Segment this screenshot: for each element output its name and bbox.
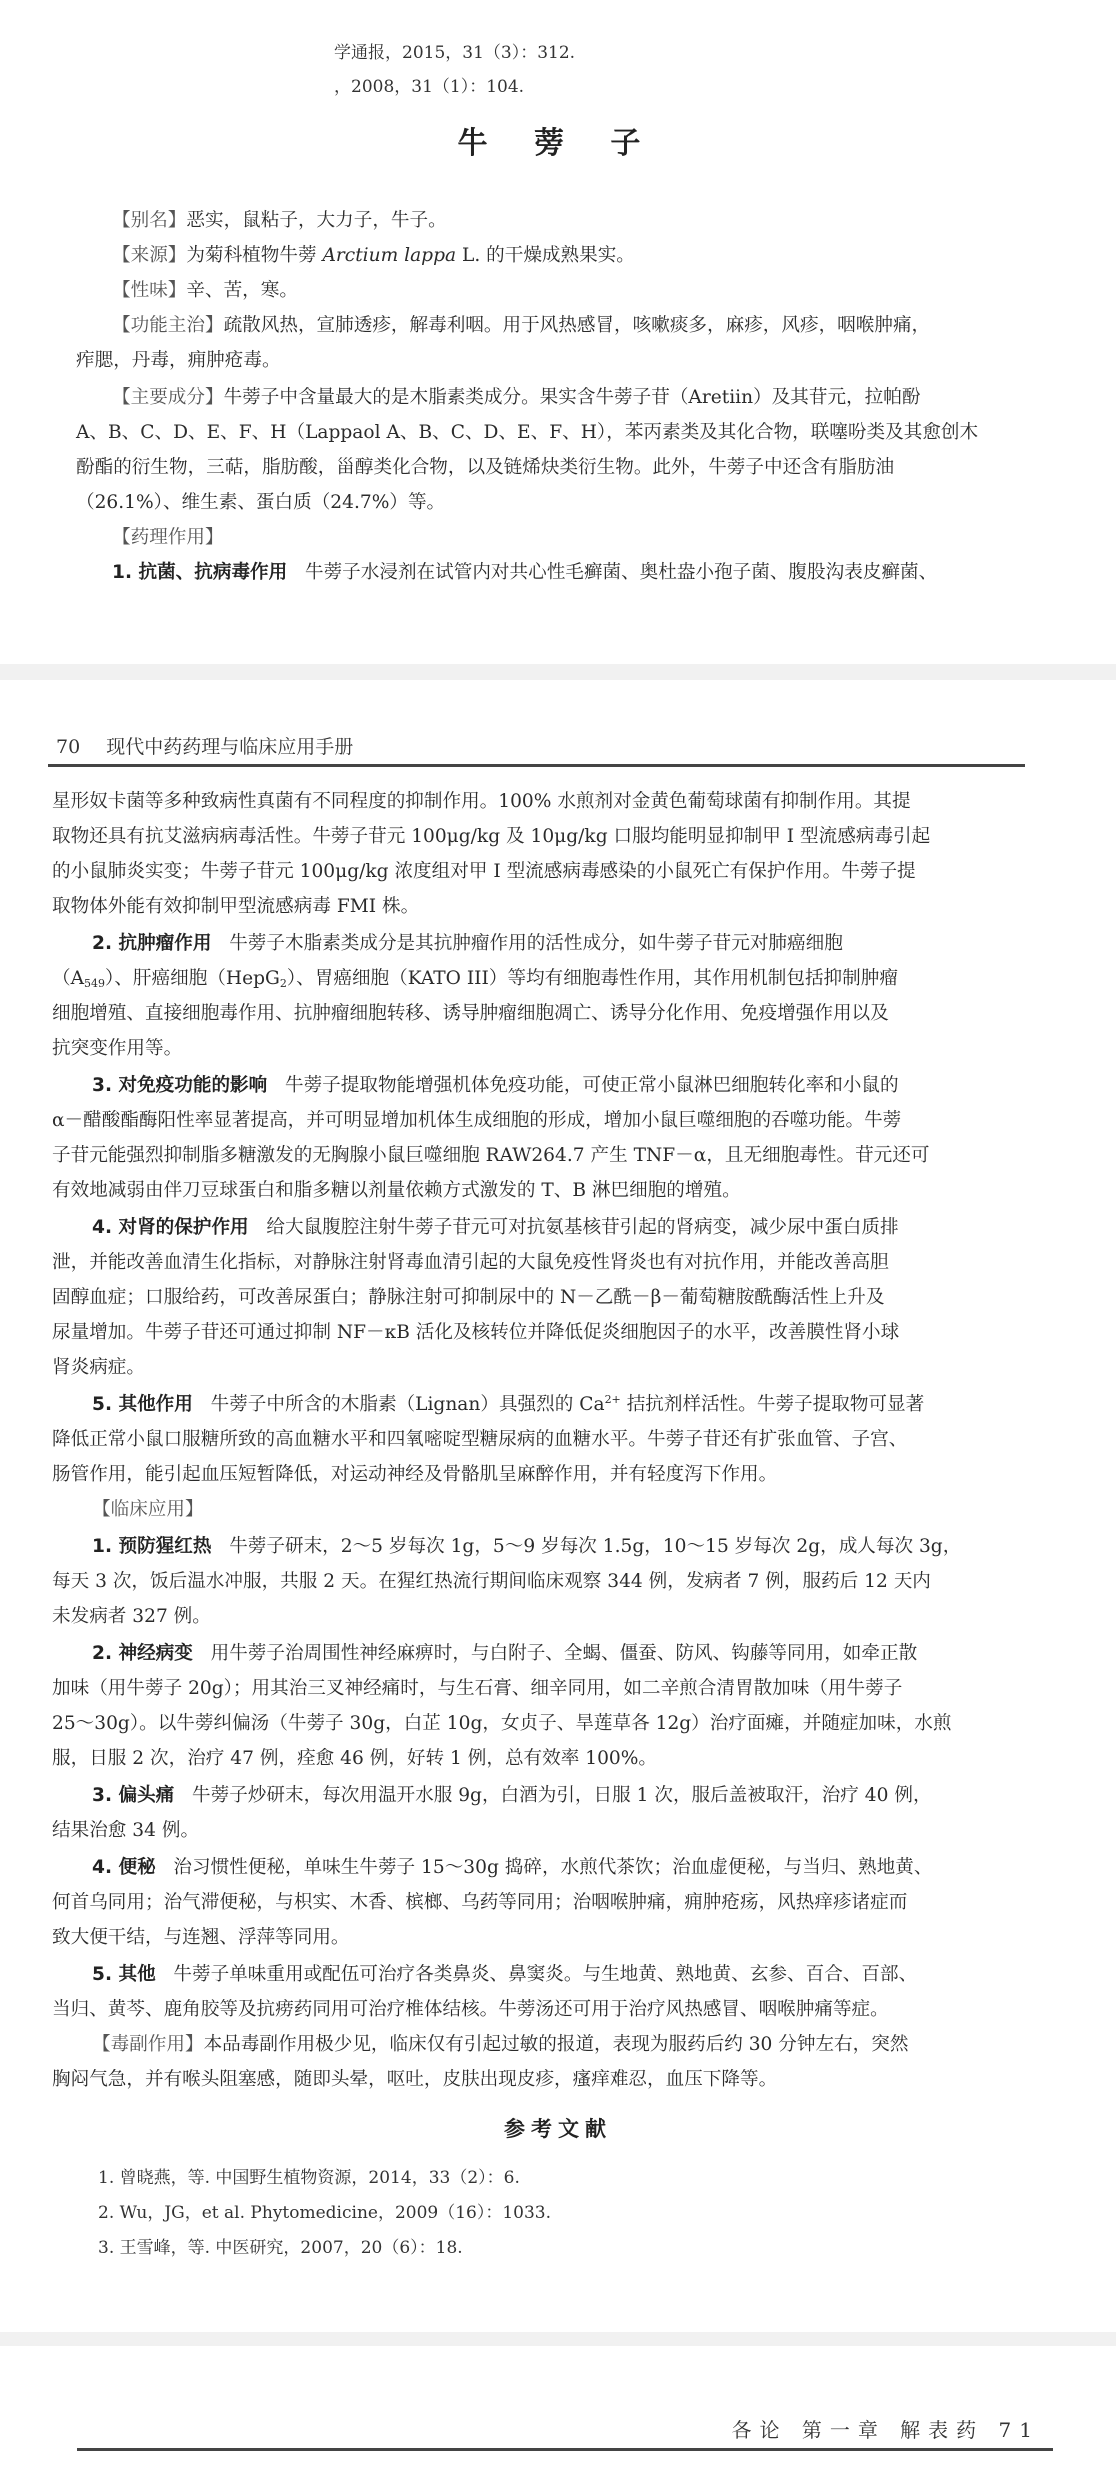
pharm4-heading: 4. 对肾的保护作用	[92, 1217, 249, 1238]
clin5-text-2: 当归、黄芩、鹿角胶等及抗痨药同用可治疗椎体结核。牛蒡汤还可用于治疗风热感冒、咽喉…	[52, 1995, 889, 2021]
pharm5-text-1a: 牛蒡子中所含的木脂素（Lignan）具强烈的 Ca	[211, 1394, 605, 1415]
book-title: 现代中药药理与临床应用手册	[106, 736, 353, 758]
alias-text: 恶实，鼠粘子，大力子，牛子。	[186, 210, 446, 231]
clinical-tag: 【临床应用】	[92, 1495, 204, 1521]
clin1-entry: 1. 预防猩红热 牛蒡子研末，2～5 岁每次 1g，5～9 岁每次 1.5g，1…	[92, 1532, 961, 1558]
pharm1-entry: 1. 抗菌、抗病毒作用 牛蒡子水浸剂在试管内对共心性毛癣菌、奥杜盎小孢子菌、腹股…	[112, 558, 937, 584]
chapter-title: 各论 第一章 解表药	[731, 2418, 984, 2442]
pharm3-heading: 3. 对免疫功能的影响	[92, 1075, 267, 1096]
pharm5-heading: 5. 其他作用	[92, 1394, 193, 1415]
source-text: 为菊科植物牛蒡	[186, 245, 322, 266]
clin1-text-3: 未发病者 327 例。	[52, 1602, 211, 1628]
text-span: （A	[52, 968, 84, 989]
pharm4-text-4: 尿量增加。牛蒡子苷还可通过抑制 NF－κB 活化及核转位并降低促炎细胞因子的水平…	[52, 1318, 899, 1344]
pharm1-heading: 1. 抗菌、抗病毒作用	[112, 562, 287, 583]
monograph-title: 牛 蒡 子	[0, 118, 1116, 162]
pharm2-text-4: 抗突变作用等。	[52, 1034, 182, 1060]
pharm3-text-4: 有效地减弱由伴刀豆球蛋白和脂多糖以剂量依赖方式激发的 T、B 淋巴细胞的增殖。	[52, 1176, 741, 1202]
page-top: 学通报，2015，31（3）：312. ，2008，31（1）：104. 牛 蒡…	[0, 0, 1116, 664]
pharm2-entry: 2. 抗肿瘤作用 牛蒡子木脂素类成分是其抗肿瘤作用的活性成分，如牛蒡子苷元对肺癌…	[92, 929, 843, 955]
pharmacology-tag: 【药理作用】	[112, 523, 224, 549]
function-text-2: 痄腮，丹毒，痈肿疮毒。	[76, 346, 281, 372]
function-text-1: 疏散风热，宣肺透疹，解毒利咽。用于风热感冒，咳嗽痰多，麻疹，风疹，咽喉肿痛，	[224, 315, 931, 336]
latin-name: Arctium lappa	[322, 245, 456, 266]
toxicity-text-2: 胸闷气急，并有喉头阻塞感，随即头晕，呕吐，皮肤出现皮疹，瘙痒难忍，血压下降等。	[52, 2065, 777, 2091]
pharm4-entry: 4. 对肾的保护作用 给大鼠腹腔注射牛蒡子苷元可对抗氨基核苷引起的肾病变，减少尿…	[92, 1213, 899, 1239]
references-title: 参考文献	[0, 2113, 1116, 2143]
pharm1-cont-1: 星形奴卡菌等多种致病性真菌有不同程度的抑制作用。100% 水煎剂对金黄色葡萄球菌…	[52, 787, 911, 813]
reference-item-1: 1. 曾晓燕，等. 中国野生植物资源，2014，33（2）：6.	[98, 2163, 520, 2188]
pharm4-text-5: 肾炎病症。	[52, 1353, 145, 1379]
nature-text: 辛、苦，寒。	[186, 280, 298, 301]
reference-item-2: 2. Wu，JG，et al. Phytomedicine，2009（16）：1…	[98, 2198, 551, 2223]
clin4-heading: 4. 便秘	[92, 1857, 156, 1878]
pharm5-entry: 5. 其他作用 牛蒡子中所含的木脂素（Lignan）具强烈的 Ca2+ 拮抗剂样…	[92, 1390, 924, 1416]
pharm3-entry: 3. 对免疫功能的影响 牛蒡子提取物能增强机体免疫功能，可使正常小鼠淋巴细胞转化…	[92, 1071, 899, 1097]
components-entry: 【主要成分】牛蒡子中含量最大的是木脂素类成分。果实含牛蒡子苷（Aretiin）及…	[112, 383, 920, 409]
toxicity-entry: 【毒副作用】本品毒副作用极少见，临床仅有引起过敏的报道，表现为服药后约 30 分…	[92, 2030, 908, 2056]
pharm2-text-2: （A549）、肝癌细胞（HepG2）、胃癌细胞（KATO III）等均有细胞毒性…	[52, 964, 898, 990]
subscript: 549	[84, 977, 105, 990]
components-tag: 【主要成分】	[112, 387, 224, 408]
pharm3-text-3: 子苷元能强烈抑制脂多糖激发的无胸腺小鼠巨噬细胞 RAW264.7 产生 TNF－…	[52, 1141, 929, 1167]
clin3-text-2: 结果治愈 34 例。	[52, 1816, 199, 1842]
pharm3-text-1: 牛蒡子提取物能增强机体免疫功能，可使正常小鼠淋巴细胞转化率和小鼠的	[285, 1075, 899, 1096]
clin4-text-1: 治习惯性便秘，单味生牛蒡子 15～30g 捣碎，水煎代茶饮；治血虚便秘，与当归、…	[173, 1857, 932, 1878]
function-entry: 【功能主治】疏散风热，宣肺透疹，解毒利咽。用于风热感冒，咳嗽痰多，麻疹，风疹，咽…	[112, 311, 930, 337]
page-71: 各论 第一章 解表药 71	[0, 2346, 1116, 2484]
toxicity-text-1: 本品毒副作用极少见，临床仅有引起过敏的报道，表现为服药后约 30 分钟左右，突然	[204, 2034, 909, 2055]
header-rule	[77, 2448, 1053, 2451]
components-text-4: （26.1%）、维生素、蛋白质（24.7%）等。	[76, 488, 445, 514]
components-text-3: 酚酯的衍生物，三萜，脂肪酸，甾醇类化合物，以及链烯炔类衍生物。此外，牛蒡子中还含…	[76, 453, 894, 479]
clin1-text-2: 每天 3 次，饭后温水冲服，共服 2 天。在猩红热流行期间临床观察 344 例，…	[52, 1567, 931, 1593]
clin3-text-1: 牛蒡子炒研末，每次用温开水服 9g，白酒为引，日服 1 次，服后盖被取汗，治疗 …	[192, 1785, 932, 1806]
clin5-text-1: 牛蒡子单味重用或配伍可治疗各类鼻炎、鼻窦炎。与生地黄、熟地黄、玄参、百合、百部、	[173, 1964, 917, 1985]
components-text-2: A、B、C、D、E、F、H（Lappaol A、B、C、D、E、F、H），苯丙素…	[76, 418, 978, 444]
pharm2-text-3: 细胞增殖、直接细胞毒作用、抗肿瘤细胞转移、诱导肿瘤细胞凋亡、诱导分化作用、免疫增…	[52, 999, 889, 1025]
page-separator	[0, 664, 1116, 680]
clin1-text-1: 牛蒡子研末，2～5 岁每次 1g，5～9 岁每次 1.5g，10～15 岁每次 …	[229, 1536, 961, 1557]
pharm4-text-1: 给大鼠腹腔注射牛蒡子苷元可对抗氨基核苷引起的肾病变，减少尿中蛋白质排	[266, 1217, 898, 1238]
pharm4-text-3: 固醇血症；口服给药，可改善尿蛋白；静脉注射可抑制尿中的 N－乙酰－β－葡萄糖胺酰…	[52, 1283, 884, 1309]
clin5-entry: 5. 其他 牛蒡子单味重用或配伍可治疗各类鼻炎、鼻窦炎。与生地黄、熟地黄、玄参、…	[92, 1960, 917, 1986]
toxicity-tag: 【毒副作用】	[92, 2034, 204, 2055]
header-rule	[48, 764, 1025, 767]
clin5-heading: 5. 其他	[92, 1964, 156, 1985]
clin2-text-3: 25～30g）。以牛蒡纠偏汤（牛蒡子 30g，白芷 10g，女贞子、旱莲草各 1…	[52, 1709, 952, 1735]
prior-reference-1: 学通报，2015，31（3）：312.	[334, 38, 575, 63]
source-text-after: L. 的干燥成熟果实。	[456, 245, 635, 266]
page-70: 70现代中药药理与临床应用手册 星形奴卡菌等多种致病性真菌有不同程度的抑制作用。…	[0, 680, 1116, 2332]
clin2-text-4: 服，日服 2 次，治疗 47 例，痊愈 46 例，好转 1 例，总有效率 100…	[52, 1744, 657, 1770]
source-tag: 【来源】	[112, 245, 186, 266]
page-number: 71	[999, 2418, 1040, 2442]
pharm1-text-1: 牛蒡子水浸剂在试管内对共心性毛癣菌、奥杜盎小孢子菌、腹股沟表皮癣菌、	[305, 562, 937, 583]
clin2-heading: 2. 神经病变	[92, 1643, 193, 1664]
pharm5-text-2: 降低正常小鼠口服糖所致的高血糖水平和四氧嘧啶型糖尿病的血糖水平。牛蒡子苷还有扩张…	[52, 1425, 907, 1451]
pharm2-text-1: 牛蒡子木脂素类成分是其抗肿瘤作用的活性成分，如牛蒡子苷元对肺癌细胞	[229, 933, 843, 954]
text-span: ）、胃癌细胞（KATO III）等均有细胞毒性作用，其作用机制包括抑制肿瘤	[287, 968, 898, 989]
nature-entry: 【性味】辛、苦，寒。	[112, 276, 298, 302]
components-text-1: 牛蒡子中含量最大的是木脂素类成分。果实含牛蒡子苷（Aretiin）及其苷元，拉帕…	[224, 387, 921, 408]
clin2-text-2: 加味（用牛蒡子 20g）；用其治三叉神经痛时，与生石膏、细辛同用，如二辛煎合清胃…	[52, 1674, 902, 1700]
text-span: ）、肝癌细胞（HepG	[105, 968, 280, 989]
pharm1-cont-2: 取物还具有抗艾滋病病毒活性。牛蒡子苷元 100μg/kg 及 10μg/kg 口…	[52, 822, 930, 848]
clin3-entry: 3. 偏头痛 牛蒡子炒研末，每次用温开水服 9g，白酒为引，日服 1 次，服后盖…	[92, 1781, 932, 1807]
pharm5-text-3: 肠管作用，能引起血压短暂降低，对运动神经及骨骼肌呈麻醉作用，并有轻度泻下作用。	[52, 1460, 777, 1486]
pharm3-text-2: α－醋酸酯酶阳性率显著提高，并可明显增加机体生成细胞的形成，增加小鼠巨噬细胞的吞…	[52, 1106, 901, 1132]
pharm4-text-2: 泄，并能改善血清生化指标，对静脉注射肾毒血清引起的大鼠免疫性肾炎也有对抗作用，并…	[52, 1248, 889, 1274]
page-header: 70现代中药药理与临床应用手册	[56, 732, 353, 759]
clin4-text-2: 何首乌同用；治气滞便秘，与枳实、木香、槟榔、乌药等同用；治咽喉肿痛，痈肿疮疡，风…	[52, 1888, 907, 1914]
function-tag: 【功能主治】	[112, 315, 224, 336]
clin1-heading: 1. 预防猩红热	[92, 1536, 211, 1557]
reference-item-3: 3. 王雪峰，等. 中医研究，2007，20（6）：18.	[98, 2233, 463, 2258]
pharm1-cont-3: 的小鼠肺炎实变；牛蒡子苷元 100μg/kg 浓度组对甲 I 型流感病毒感染的小…	[52, 857, 916, 883]
pharm1-cont-4: 取物体外能有效抑制甲型流感病毒 FMI 株。	[52, 892, 419, 918]
alias-tag: 【别名】	[112, 210, 186, 231]
superscript: 2+	[605, 1393, 621, 1406]
pharm5-text-1b: 拮抗剂样活性。牛蒡子提取物可显著	[621, 1394, 924, 1415]
clin4-entry: 4. 便秘 治习惯性便秘，单味生牛蒡子 15～30g 捣碎，水煎代茶饮；治血虚便…	[92, 1853, 932, 1879]
clin2-entry: 2. 神经病变 用牛蒡子治周围性神经麻痹时，与白附子、全蝎、僵蚕、防风、钩藤等同…	[92, 1639, 917, 1665]
page-number: 70	[56, 736, 80, 758]
pharm2-heading: 2. 抗肿瘤作用	[92, 933, 211, 954]
clin2-text-1: 用牛蒡子治周围性神经麻痹时，与白附子、全蝎、僵蚕、防风、钩藤等同用，如牵正散	[211, 1643, 918, 1664]
page-separator	[0, 2332, 1116, 2346]
prior-reference-2: ，2008，31（1）：104.	[334, 72, 524, 97]
alias-entry: 【别名】恶实，鼠粘子，大力子，牛子。	[112, 206, 447, 232]
source-entry: 【来源】为菊科植物牛蒡 Arctium lappa L. 的干燥成熟果实。	[112, 241, 635, 267]
nature-tag: 【性味】	[112, 280, 186, 301]
page-header: 各论 第一章 解表药 71	[731, 2414, 1040, 2443]
subscript: 2	[280, 977, 287, 990]
clin3-heading: 3. 偏头痛	[92, 1785, 174, 1806]
clin4-text-3: 致大便干结，与连翘、浮萍等同用。	[52, 1923, 350, 1949]
